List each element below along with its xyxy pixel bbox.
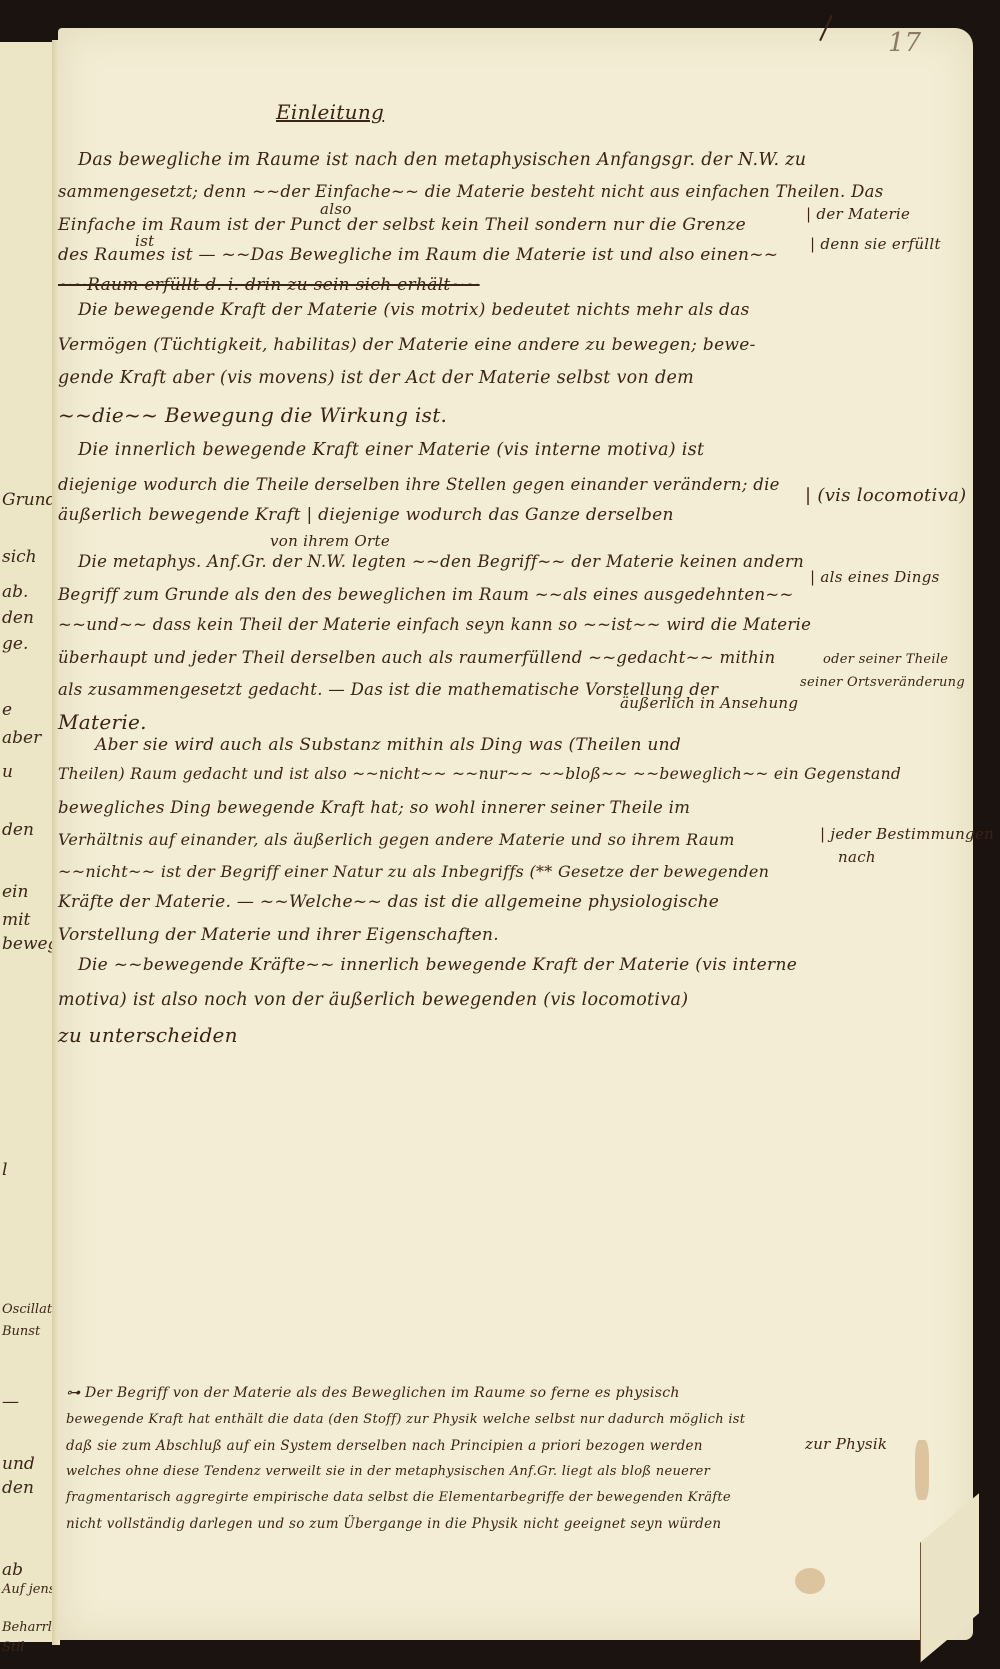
text-line: motiva) ist also noch von der äußerlich …: [58, 990, 688, 1010]
left-page-fragment: den: [2, 820, 34, 840]
left-page-fragment: e: [2, 700, 12, 720]
left-page-fragment: ge.: [2, 634, 28, 654]
left-page-fragment: den: [2, 1478, 34, 1498]
text-line: Die bewegende Kraft der Materie (vis mot…: [78, 300, 750, 320]
text-line: diejenige wodurch die Theile derselben i…: [58, 475, 780, 494]
footnote-line: welches ohne diese Tendenz verweilt sie …: [66, 1464, 710, 1479]
left-page-fragment: u: [2, 762, 13, 782]
left-page-fragment: sich: [2, 547, 37, 567]
margin-note: | der Materie: [806, 205, 910, 223]
heading: Einleitung: [276, 100, 384, 124]
margin-note: seiner Ortsveränderung: [800, 675, 965, 690]
text-line-struck: ~~Raum erfüllt d. i. drin zu sein sich e…: [58, 275, 480, 295]
left-page-fragment: ab.: [2, 582, 28, 602]
interlinear-note: also: [320, 200, 352, 218]
text-line: ~~die~~ Bewegung die Wirkung ist.: [58, 403, 447, 427]
left-page-fragment: Stil: [2, 1640, 24, 1655]
text-line: zu unterscheiden: [58, 1023, 238, 1047]
margin-note: | denn sie erfüllt: [810, 235, 941, 253]
left-page-fragment: aber: [2, 728, 41, 748]
stain: [795, 1568, 825, 1594]
footnote-line: daß sie zum Abschluß auf ein System ders…: [66, 1438, 703, 1454]
text-line: Einfache im Raum ist der Punct der selbs…: [58, 215, 746, 235]
left-page-fragment: l: [2, 1160, 7, 1180]
text-line: sammengesetzt; denn ~~der Einfache~~ die…: [58, 182, 884, 201]
text-line: überhaupt und jeder Theil derselben auch…: [58, 648, 775, 667]
margin-note: | jeder Bestimmungen: [820, 825, 994, 843]
interlinear-note: ist: [135, 232, 154, 250]
text-line: Begriff zum Grunde als den des beweglich…: [58, 585, 794, 604]
text-line: Das bewegliche im Raume ist nach den met…: [78, 150, 806, 170]
left-page-fragment: und: [2, 1454, 35, 1474]
margin-note: nach: [838, 848, 876, 866]
footnote-line: fragmentarisch aggregirte empirische dat…: [66, 1490, 731, 1505]
text-line: Die metaphys. Anf.Gr. der N.W. legten ~~…: [78, 552, 804, 571]
text-line: Aber sie wird auch als Substanz mithin a…: [95, 735, 681, 755]
text-line: bewegliches Ding bewegende Kraft hat; so…: [58, 798, 690, 817]
interlinear-text: von ihrem Orte: [270, 532, 390, 550]
text-line: Die innerlich bewegende Kraft einer Mate…: [78, 440, 704, 460]
left-page-fragment: ein: [2, 882, 28, 902]
left-page-fragment: mit: [2, 910, 30, 930]
footnote-line: bewegende Kraft hat enthält die data (de…: [66, 1412, 745, 1427]
text-line: des Raumes ist — ~~Das Bewegliche im Rau…: [58, 245, 778, 265]
text-line: Vermögen (Tüchtigkeit, habilitas) der Ma…: [58, 335, 756, 355]
interlinear-note: äußerlich in Ansehung: [620, 694, 798, 712]
stain: [915, 1440, 929, 1500]
left-page-fragment: Bunst: [2, 1324, 40, 1339]
text-line: ~~und~~ dass kein Theil der Materie einf…: [58, 615, 811, 634]
margin-note: oder seiner Theile: [823, 652, 948, 667]
text-line: ~~nicht~~ ist der Begriff einer Natur zu…: [58, 862, 769, 881]
footnote-line: nicht vollständig darlegen und so zum Üb…: [66, 1516, 721, 1532]
text-line: Theilen) Raum gedacht und ist also ~~nic…: [58, 765, 901, 783]
footnote-line: ⊶ Der Begriff von der Materie als des Be…: [66, 1385, 680, 1401]
margin-note: zur Physik: [805, 1435, 887, 1453]
text-line: Materie.: [58, 710, 147, 734]
text-line: Vorstellung der Materie und ihrer Eigens…: [58, 925, 499, 945]
left-page-fragment: ab: [2, 1560, 23, 1580]
text-line: Die ~~bewegende Kräfte~~ innerlich beweg…: [78, 955, 797, 975]
text-line: gende Kraft aber (vis movens) ist der Ac…: [58, 368, 694, 388]
adjacent-left-page: Grund sich ab. den ge. e aber u den ein …: [0, 42, 56, 1642]
page-number: 17: [888, 28, 921, 58]
margin-note: | als eines Dings: [810, 568, 940, 586]
text-line: Verhältnis auf einander, als äußerlich g…: [58, 830, 735, 849]
left-page-fragment: den: [2, 608, 34, 628]
text-line: äußerlich bewegende Kraft | diejenige wo…: [58, 505, 674, 525]
left-page-fragment: —: [2, 1392, 19, 1412]
margin-note: | (vis locomotiva): [805, 485, 966, 506]
text-line: Kräfte der Materie. — ~~Welche~~ das ist…: [58, 892, 719, 912]
left-page-fragment: Grund: [2, 490, 57, 510]
